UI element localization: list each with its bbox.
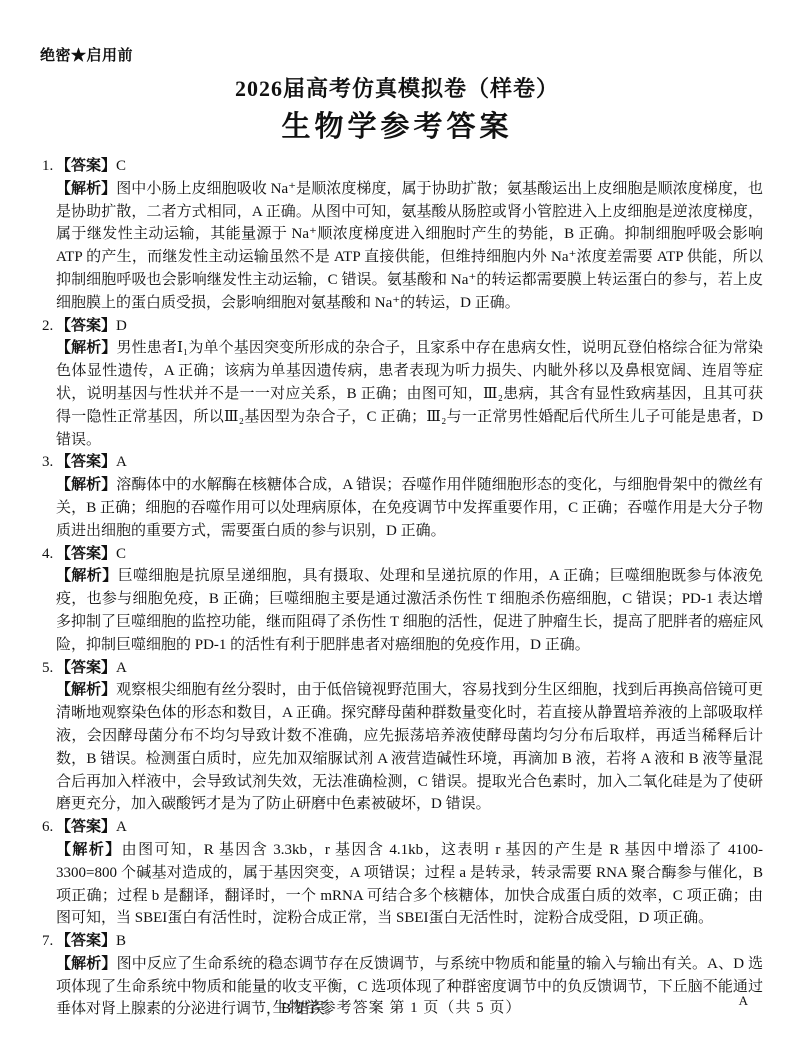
question-number: 7. — [42, 930, 56, 953]
answer-letter: A — [116, 454, 127, 470]
exam-title: 2026届高考仿真模拟卷（样卷） — [0, 72, 794, 103]
classification-banner: 绝密★启用前 — [40, 44, 133, 65]
answer-item-1: 1.【答案】C 【解析】图中小肠上皮细胞吸收 Na⁺是顺浓度梯度，属于协助扩散；… — [42, 155, 763, 315]
question-number: 5. — [42, 657, 56, 680]
answer-line: 5.【答案】A — [42, 657, 763, 680]
analysis-paragraph: 【解析】图中小肠上皮细胞吸收 Na⁺是顺浓度梯度，属于协助扩散；氨基酸运出上皮细… — [56, 178, 763, 315]
answer-line: 6.【答案】A — [42, 816, 763, 839]
analysis-text: 由图可知，R 基因含 3.3kb，r 基因含 4.1kb，这表明 r 基因的产生… — [56, 842, 763, 926]
analysis-paragraph: 【解析】溶酶体中的水解酶在核糖体合成，A 错误；吞噬作用伴随细胞形态的变化，与细… — [56, 474, 763, 542]
footer-version-mark: A — [739, 993, 748, 1009]
analysis-label: 【解析】 — [56, 842, 122, 858]
analysis-label: 【解析】 — [56, 682, 116, 698]
answer-label: 【答案】 — [56, 660, 116, 676]
answer-item-2: 2.【答案】D 【解析】男性患者Ⅰ₁为单个基因突变所形成的杂合子，且家系中存在患… — [42, 315, 763, 452]
analysis-label: 【解析】 — [56, 477, 116, 493]
analysis-text: 巨噬细胞是抗原呈递细胞，具有摄取、处理和呈递抗原的作用，A 正确；巨噬细胞既参与… — [56, 568, 763, 652]
answer-item-5: 5.【答案】A 【解析】观察根尖细胞有丝分裂时，由于低倍镜视野范围大，容易找到分… — [42, 657, 763, 817]
answer-line: 2.【答案】D — [42, 315, 763, 338]
answer-label: 【答案】 — [56, 933, 116, 949]
page-footer: 生物学参考答案 第 1 页（共 5 页） — [0, 996, 794, 1017]
answer-line: 4.【答案】C — [42, 543, 763, 566]
analysis-label: 【解析】 — [56, 568, 118, 584]
answer-item-4: 4.【答案】C 【解析】巨噬细胞是抗原呈递细胞，具有摄取、处理和呈递抗原的作用，… — [42, 543, 763, 657]
analysis-paragraph: 【解析】观察根尖细胞有丝分裂时，由于低倍镜视野范围大，容易找到分生区细胞，找到后… — [56, 679, 763, 816]
page-title: 生物学参考答案 — [0, 104, 794, 145]
answer-item-3: 3.【答案】A 【解析】溶酶体中的水解酶在核糖体合成，A 错误；吞噬作用伴随细胞… — [42, 451, 763, 542]
answer-label: 【答案】 — [56, 158, 116, 174]
answer-line: 1.【答案】C — [42, 155, 763, 178]
analysis-text: 图中小肠上皮细胞吸收 Na⁺是顺浓度梯度，属于协助扩散；氨基酸运出上皮细胞是顺浓… — [56, 181, 763, 311]
analysis-paragraph: 【解析】由图可知，R 基因含 3.3kb，r 基因含 4.1kb，这表明 r 基… — [56, 839, 763, 930]
question-number: 6. — [42, 816, 56, 839]
answer-letter: C — [116, 158, 126, 174]
answer-label: 【答案】 — [56, 454, 116, 470]
question-number: 1. — [42, 155, 56, 178]
answer-letter: C — [116, 546, 126, 562]
analysis-text: 溶酶体中的水解酶在核糖体合成，A 错误；吞噬作用伴随细胞形态的变化，与细胞骨架中… — [56, 477, 763, 539]
answer-line: 7.【答案】B — [42, 930, 763, 953]
analysis-paragraph: 【解析】男性患者Ⅰ₁为单个基因突变所形成的杂合子，且家系中存在患病女性，说明瓦登… — [56, 337, 763, 451]
answer-letter: B — [116, 933, 126, 949]
answer-letter: D — [116, 318, 127, 334]
answer-item-6: 6.【答案】A 【解析】由图可知，R 基因含 3.3kb，r 基因含 4.1kb… — [42, 816, 763, 930]
answer-label: 【答案】 — [56, 546, 116, 562]
analysis-paragraph: 【解析】巨噬细胞是抗原呈递细胞，具有摄取、处理和呈递抗原的作用，A 正确；巨噬细… — [56, 565, 763, 656]
answer-letter: A — [116, 660, 127, 676]
analysis-text: 男性患者Ⅰ₁为单个基因突变所形成的杂合子，且家系中存在患病女性，说明瓦登伯格综合… — [56, 340, 763, 447]
answer-label: 【答案】 — [56, 819, 116, 835]
question-number: 2. — [42, 315, 56, 338]
answers-list: 1.【答案】C 【解析】图中小肠上皮细胞吸收 Na⁺是顺浓度梯度，属于协助扩散；… — [42, 155, 763, 1021]
answer-line: 3.【答案】A — [42, 451, 763, 474]
analysis-label: 【解析】 — [56, 340, 117, 356]
analysis-label: 【解析】 — [56, 956, 117, 972]
question-number: 3. — [42, 451, 56, 474]
question-number: 4. — [42, 543, 56, 566]
answer-label: 【答案】 — [56, 318, 116, 334]
analysis-text: 观察根尖细胞有丝分裂时，由于低倍镜视野范围大，容易找到分生区细胞，找到后再换高倍… — [56, 682, 763, 812]
analysis-label: 【解析】 — [56, 181, 116, 197]
answer-sheet-page: 绝密★启用前 2026届高考仿真模拟卷（样卷） 生物学参考答案 1.【答案】C … — [0, 0, 794, 1059]
answer-letter: A — [116, 819, 127, 835]
